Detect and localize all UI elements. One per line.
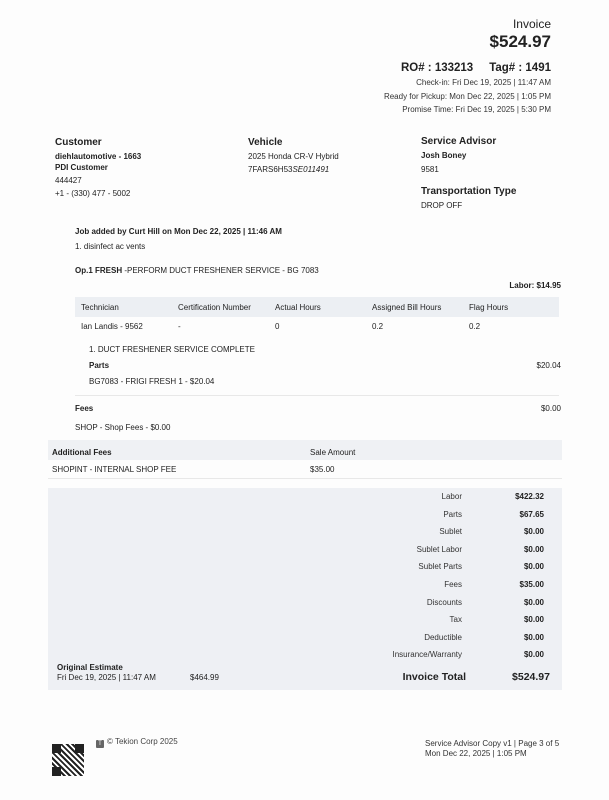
- col-certification-number: Certification Number: [178, 302, 251, 313]
- totals-row: Sublet Parts$0.00: [330, 558, 562, 576]
- op-description: -PERFORM DUCT FRESHENER SERVICE - BG 708…: [122, 266, 319, 275]
- totals-row: Insurance/Warranty$0.00: [330, 646, 562, 664]
- assigned-bill-hours: 0.2: [372, 321, 383, 332]
- actual-hours: 0: [275, 321, 279, 332]
- additional-fee-amount: $35.00: [310, 464, 334, 475]
- customer-name: diehlautomotive - 1663: [55, 151, 141, 162]
- parts-label: Parts: [89, 360, 109, 371]
- customer-phone: +1 - (330) 477 - 5002: [55, 188, 141, 199]
- totals-row: Parts$67.65: [330, 506, 562, 524]
- additional-fee-name: SHOPINT - INTERNAL SHOP FEE: [52, 464, 176, 475]
- table-row: SHOPINT - INTERNAL SHOP FEE $35.00: [48, 460, 562, 478]
- transportation-title: Transportation Type: [421, 186, 516, 197]
- ro-tag-line: RO# : 133213Tag# : 1491: [384, 62, 551, 74]
- col-flag-hours: Flag Hours: [469, 302, 508, 313]
- customer-title: Customer: [55, 137, 141, 148]
- fees-line-item: SHOP - Shop Fees - $0.00: [75, 422, 170, 433]
- totals-value: $0.00: [524, 650, 544, 659]
- totals-label: Discounts: [427, 598, 462, 607]
- tag-number: Tag# : 1491: [489, 62, 551, 74]
- ro-number: RO# : 133213: [401, 62, 473, 74]
- totals-label: Sublet: [439, 527, 462, 536]
- totals-label: Tax: [450, 615, 462, 624]
- totals-label: Deductible: [424, 633, 462, 642]
- correction-text: 1. DUCT FRESHENER SERVICE COMPLETE: [89, 344, 255, 355]
- invoice-total-value: $524.97: [512, 671, 550, 683]
- col-sale-amount: Sale Amount: [310, 447, 355, 458]
- col-additional-fees: Additional Fees: [52, 447, 112, 458]
- col-technician: Technician: [81, 302, 119, 313]
- totals-value: $0.00: [524, 615, 544, 624]
- operation-line: Op.1 FRESH -PERFORM DUCT FRESHENER SERVI…: [75, 265, 319, 276]
- technician-name: Ian Landis - 9562: [81, 321, 143, 332]
- totals-row: Fees$35.00: [330, 576, 562, 594]
- totals-label: Parts: [443, 510, 462, 519]
- technician-table-header: Technician Certification Number Actual H…: [75, 297, 559, 317]
- col-actual-hours: Actual Hours: [275, 302, 321, 313]
- invoice-header: Invoice $524.97 RO# : 133213Tag# : 1491 …: [384, 17, 551, 117]
- col-assigned-bill-hours: Assigned Bill Hours: [372, 302, 441, 313]
- totals-label: Labor: [442, 492, 462, 501]
- totals-value: $0.00: [524, 598, 544, 607]
- certification-number: -: [178, 321, 181, 332]
- totals-value: $422.32: [515, 492, 544, 501]
- ready-for-pickup-time: Ready for Pickup: Mon Dec 22, 2025 | 1:0…: [384, 90, 551, 104]
- document-title: Invoice: [384, 17, 551, 31]
- totals-value: $0.00: [524, 633, 544, 642]
- customer-type: PDI Customer: [55, 162, 141, 173]
- job-concern: 1. disinfect ac vents: [75, 241, 145, 252]
- vehicle-vin: 7FARS6H53SE011491: [248, 164, 339, 175]
- fees-label: Fees: [75, 403, 93, 414]
- totals-row: Sublet$0.00: [330, 523, 562, 541]
- invoice-total-label: Invoice Total: [403, 671, 466, 683]
- divider: [48, 478, 562, 479]
- invoice-total-row: Invoice Total $524.97: [330, 668, 562, 688]
- vehicle-section: Vehicle 2025 Honda CR-V Hybrid 7FARS6H53…: [248, 137, 339, 175]
- qr-code: [52, 744, 84, 776]
- totals-row: Labor$422.32: [330, 488, 562, 506]
- customer-section: Customer diehlautomotive - 1663 PDI Cust…: [55, 137, 141, 199]
- service-advisor-id: 9581: [421, 164, 516, 175]
- totals-row: Tax$0.00: [330, 611, 562, 629]
- check-in-time: Check-in: Fri Dec 19, 2025 | 11:47 AM: [384, 76, 551, 90]
- copyright: T© Tekion Corp 2025: [96, 736, 178, 748]
- vehicle-title: Vehicle: [248, 137, 339, 148]
- totals-value: $67.65: [520, 510, 544, 519]
- copyright-text: © Tekion Corp 2025: [107, 737, 178, 746]
- totals-value: $0.00: [524, 527, 544, 536]
- totals-value: $0.00: [524, 562, 544, 571]
- fees-total: $0.00: [541, 403, 561, 414]
- parts-line-item: BG7083 - FRIGI FRESH 1 - $20.04: [89, 376, 214, 387]
- vin-prefix: 7FARS6H53: [248, 165, 292, 174]
- service-advisor-section: Service Advisor Josh Boney 9581 Transpor…: [421, 136, 516, 211]
- totals-label: Insurance/Warranty: [392, 650, 462, 659]
- totals-value: $35.00: [520, 580, 544, 589]
- totals-value: $0.00: [524, 545, 544, 554]
- flag-hours: 0.2: [469, 321, 480, 332]
- op-code: Op.1 FRESH: [75, 266, 122, 275]
- service-advisor-title: Service Advisor: [421, 136, 516, 147]
- service-advisor-name: Josh Boney: [421, 150, 516, 161]
- vin-suffix: SE011491: [292, 165, 329, 174]
- table-row: Ian Landis - 9562 - 0 0.2 0.2: [75, 318, 559, 334]
- totals-row: Discounts$0.00: [330, 594, 562, 612]
- additional-fees-header: Additional Fees Sale Amount: [48, 440, 562, 460]
- original-estimate-date: Fri Dec 19, 2025 | 11:47 AM: [57, 672, 156, 683]
- totals-row: Deductible$0.00: [330, 629, 562, 647]
- promise-time: Promise Time: Fri Dec 19, 2025 | 5:30 PM: [384, 103, 551, 117]
- vehicle-description: 2025 Honda CR-V Hybrid: [248, 151, 339, 162]
- totals-list: Labor$422.32Parts$67.65Sublet$0.00Sublet…: [330, 488, 562, 664]
- invoice-total-amount: $524.97: [384, 32, 551, 52]
- parts-total: $20.04: [537, 360, 561, 371]
- job-added-by: Job added by Curt Hill on Mon Dec 22, 20…: [75, 226, 282, 237]
- customer-id: 444427: [55, 175, 141, 186]
- totals-row: Sublet Labor$0.00: [330, 541, 562, 559]
- divider: [75, 395, 559, 396]
- original-estimate-amount: $464.99: [190, 672, 219, 683]
- totals-label: Sublet Parts: [418, 562, 462, 571]
- totals-label: Fees: [444, 580, 462, 589]
- job-labor-total: Labor: $14.95: [509, 280, 561, 291]
- printed-date: Mon Dec 22, 2025 | 1:05 PM: [425, 748, 527, 759]
- totals-label: Sublet Labor: [417, 545, 462, 554]
- tekion-logo-icon: T: [96, 740, 104, 748]
- transportation-type: DROP OFF: [421, 200, 516, 211]
